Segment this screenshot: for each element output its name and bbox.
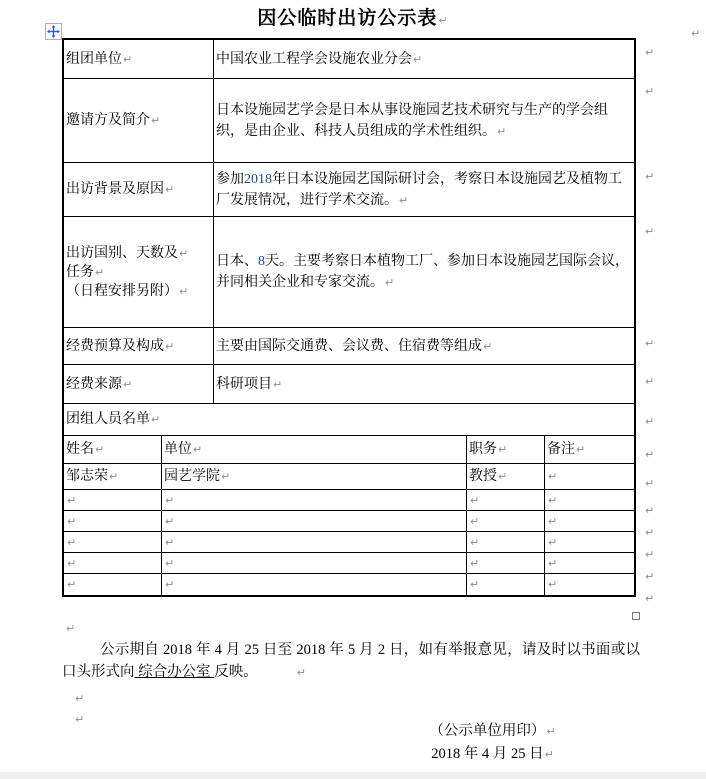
cell-end-mark: ↵ (497, 121, 506, 142)
roster-row: 邹志荣↵ 园艺学院↵ 教授↵ ↵ (64, 463, 634, 489)
roster-row: ↵ ↵ ↵ ↵ (64, 552, 634, 573)
cell-text: 单位 (164, 440, 192, 459)
row-end-mark: ↵ (645, 448, 654, 461)
table-row: 经费来源↵ 科研项目↵ (64, 364, 634, 403)
roster-cell[interactable]: ↵ (466, 490, 544, 510)
info-content-cell[interactable]: 主要由国际交通费、会议费、住宿费等组成↵ (213, 328, 634, 364)
row-end-mark: ↵ (645, 548, 654, 561)
cell-end-mark: ↵ (413, 50, 422, 69)
cell-end-mark: ↵ (483, 337, 492, 356)
row-end-mark: ↵ (645, 415, 654, 428)
cell-end-mark: ↵ (67, 554, 76, 573)
roster-cell[interactable]: ↵ (466, 553, 544, 573)
cell-end-mark: ↵ (67, 512, 76, 531)
cell-end-mark: ↵ (548, 512, 557, 531)
signature-block[interactable]: （公示单位用印）↵ 2018 年 4 月 25 日↵ (385, 720, 600, 766)
roster-header-cell[interactable]: 备注↵ (544, 436, 634, 463)
cell-text: 姓名 (66, 440, 94, 459)
roster-cell[interactable]: ↵ (161, 553, 466, 573)
cell-text: 园艺学院 (164, 467, 220, 486)
table-row: 出访背景及原因↵ 参加2018年日本设施园艺国际研讨会，考察日本设施园艺及植物工… (64, 162, 634, 216)
cell-text: 科研项目 (216, 375, 272, 394)
cell-text: 职务 (469, 440, 497, 459)
stamp-text: （公示单位用印） (429, 723, 545, 739)
cell-text: 备注 (547, 440, 575, 459)
info-label-cell[interactable]: 经费来源↵ (64, 365, 213, 403)
window-bottom-edge (0, 772, 706, 779)
closing-paragraph[interactable]: 公示期自 2018 年 4 月 25 日至 2018 年 5 月 2 日，如有举… (62, 640, 640, 683)
cell-end-mark: ↵ (470, 491, 479, 510)
move-arrows-icon (47, 25, 60, 38)
roster-cell[interactable]: ↵ (466, 532, 544, 552)
cell-end-mark: ↵ (67, 491, 76, 510)
roster-cell[interactable]: ↵ (544, 511, 634, 531)
cell-end-mark: ↵ (193, 440, 202, 459)
row-end-mark: ↵ (645, 225, 654, 238)
date-line: 2018 年 4 月 25 日↵ (385, 743, 600, 766)
row-end-mark: ↵ (645, 504, 654, 517)
cell-text: 出访国别、天数及 (66, 246, 178, 261)
paragraph-mark: ↵ (545, 743, 554, 766)
paragraph-mark: ↵ (691, 27, 700, 40)
cell-end-mark: ↵ (123, 375, 132, 394)
cell-end-mark: ↵ (273, 375, 282, 394)
roster-cell[interactable]: ↵ (64, 490, 161, 510)
cell-end-mark: ↵ (67, 533, 76, 552)
roster-cell[interactable]: ↵ (544, 574, 634, 595)
paragraph-mark: ↵ (75, 692, 84, 705)
row-end-mark: ↵ (645, 526, 654, 539)
cell-end-mark: ↵ (470, 554, 479, 573)
table-row: 出访国别、天数及↵ 任务↵ （日程安排另附）↵ 日本、8天。主要考察日本植物工厂… (64, 216, 634, 327)
stamp-line: （公示单位用印）↵ (385, 720, 600, 743)
info-label-cell[interactable]: 出访背景及原因↵ (64, 163, 213, 216)
cell-end-mark: ↵ (165, 554, 174, 573)
roster-cell[interactable]: ↵ (466, 511, 544, 531)
cell-end-mark: ↵ (548, 467, 557, 486)
roster-cell[interactable]: ↵ (544, 464, 634, 489)
roster-cell[interactable]: ↵ (64, 553, 161, 573)
cell-text: 邹志荣 (66, 467, 108, 486)
info-content-cell[interactable]: 参加2018年日本设施园艺国际研讨会，考察日本设施园艺及植物工厂发展情况，进行学… (213, 163, 634, 216)
cell-end-mark: ↵ (165, 575, 174, 594)
cell-end-mark: ↵ (151, 111, 160, 130)
cell-end-mark: ↵ (548, 575, 557, 594)
line-break-mark: ↵ (95, 263, 104, 282)
roster-header-cell[interactable]: 职务↵ (466, 436, 544, 463)
row-end-mark: ↵ (645, 85, 654, 98)
roster-cell[interactable]: ↵ (544, 490, 634, 510)
cell-end-mark: ↵ (95, 440, 104, 459)
info-label-cell[interactable]: 出访国别、天数及↵ 任务↵ （日程安排另附）↵ (64, 217, 213, 327)
roster-cell[interactable]: ↵ (544, 553, 634, 573)
roster-cell[interactable]: ↵ (64, 532, 161, 552)
cell-end-mark: ↵ (165, 180, 174, 199)
line-break-mark: ↵ (179, 244, 188, 263)
cell-text: 参加 (216, 172, 244, 187)
cell-end-mark: ↵ (399, 190, 408, 211)
cell-end-mark: ↵ (151, 410, 160, 429)
roster-cell[interactable]: 邹志荣↵ (64, 464, 161, 489)
table-row: 团组人员名单↵ (64, 403, 634, 435)
roster-cell[interactable]: ↵ (161, 574, 466, 595)
info-label-cell[interactable]: 组团单位↵ (64, 40, 213, 78)
row-end-mark: ↵ (645, 570, 654, 583)
roster-cell[interactable]: ↵ (466, 574, 544, 595)
highlighted-number: 8 (258, 254, 265, 269)
info-content-cell[interactable]: 中国农业工程学会设施农业分会↵ (213, 40, 634, 78)
info-label-cell[interactable]: 经费预算及构成↵ (64, 328, 213, 364)
roster-header-cell[interactable]: 单位↵ (161, 436, 466, 463)
page-title: 因公临时出访公示表↵ (0, 3, 706, 30)
roster-header-row: 姓名↵ 单位↵ 职务↵ 备注↵ (64, 435, 634, 463)
info-content-cell[interactable]: 科研项目↵ (213, 365, 634, 403)
closing-underlined-text: 综合办公室 (135, 664, 215, 680)
roster-row: ↵ ↵ ↵ ↵ (64, 531, 634, 552)
cell-text: （日程安排另附） (66, 284, 178, 299)
closing-text: 反映。 (214, 664, 258, 680)
table-row: 组团单位↵ 中国农业工程学会设施农业分会↵ (64, 40, 634, 78)
table-resize-handle[interactable] (632, 612, 640, 620)
row-end-mark: ↵ (645, 170, 654, 183)
paragraph-mark: ↵ (259, 662, 306, 684)
row-end-mark: ↵ (645, 337, 654, 350)
cell-end-mark: ↵ (548, 554, 557, 573)
cell-end-mark: ↵ (67, 575, 76, 594)
roster-row: ↵ ↵ ↵ ↵ (64, 573, 634, 595)
cell-end-mark: ↵ (385, 272, 394, 293)
cell-text: 年日本设施园艺国际研讨会，考察日本设施园艺及植物工厂发展情况，进行学术交流。 (216, 172, 622, 208)
cell-text: 邀请方及简介 (66, 111, 150, 130)
info-label-cell[interactable]: 邀请方及简介↵ (64, 79, 213, 162)
cell-end-mark: ↵ (498, 440, 507, 459)
cell-text: 日本设施园艺学会是日本从事设施园艺技术研究与生产的学会组织，是由企业、科技人员组… (216, 103, 608, 139)
cell-end-mark: ↵ (498, 467, 507, 486)
roster-cell[interactable]: 园艺学院↵ (161, 464, 466, 489)
cell-text: 出访背景及原因 (66, 180, 164, 199)
paragraph-mark: ↵ (75, 713, 84, 726)
cell-text: 教授 (469, 467, 497, 486)
cell-text: 经费预算及构成 (66, 337, 164, 356)
cell-end-mark: ↵ (576, 440, 585, 459)
info-content-cell[interactable]: 日本设施园艺学会是日本从事设施园艺技术研究与生产的学会组织，是由企业、科技人员组… (213, 79, 634, 162)
cell-end-mark: ↵ (548, 491, 557, 510)
cell-end-mark: ↵ (470, 512, 479, 531)
paragraph-mark: ↵ (66, 622, 75, 635)
cell-end-mark: ↵ (109, 467, 118, 486)
roster-cell[interactable]: ↵ (161, 511, 466, 531)
cell-end-mark: ↵ (548, 533, 557, 552)
table-row: 邀请方及简介↵ 日本设施园艺学会是日本从事设施园艺技术研究与生产的学会组织，是由… (64, 78, 634, 162)
roster-cell[interactable]: ↵ (161, 532, 466, 552)
roster-cell[interactable]: ↵ (64, 511, 161, 531)
cell-end-mark: ↵ (470, 533, 479, 552)
roster-cell[interactable]: ↵ (544, 532, 634, 552)
row-end-mark: ↵ (645, 592, 654, 605)
paragraph-mark: ↵ (546, 720, 555, 743)
table-row: 经费预算及构成↵ 主要由国际交通费、会议费、住宿费等组成↵ (64, 327, 634, 364)
roster-header-cell[interactable]: 姓名↵ (64, 436, 161, 463)
cell-end-mark: ↵ (165, 337, 174, 356)
cell-end-mark: ↵ (179, 282, 188, 301)
cell-text: 组团单位 (66, 50, 122, 69)
date-text: 2018 年 4 月 25 日 (431, 746, 543, 762)
document-page: 因公临时出访公示表↵ ↵ 组团单位↵ 中国农业工程学会设施农业分会↵ (0, 0, 706, 779)
visit-form-table: 组团单位↵ 中国农业工程学会设施农业分会↵ 邀请方及简介↵ 日本设施园艺学会是日… (62, 38, 636, 597)
cell-end-mark: ↵ (221, 467, 230, 486)
cell-end-mark: ↵ (470, 575, 479, 594)
cell-text: 团组人员名单 (66, 410, 150, 429)
row-end-mark: ↵ (645, 46, 654, 59)
page-title-text: 因公临时出访公示表 (257, 8, 437, 29)
roster-cell[interactable]: ↵ (161, 490, 466, 510)
roster-row: ↵ ↵ ↵ ↵ (64, 510, 634, 531)
cell-text: 经费来源 (66, 375, 122, 394)
paragraph-mark: ↵ (438, 14, 448, 27)
cell-end-mark: ↵ (165, 512, 174, 531)
roster-row: ↵ ↵ ↵ ↵ (64, 489, 634, 510)
cell-end-mark: ↵ (165, 491, 174, 510)
row-end-mark: ↵ (645, 375, 654, 388)
cell-text: 天。主要考察日本植物工厂、参加日本设施园艺国际会议，并同相关企业和专家交流。 (216, 254, 629, 290)
cell-text: 中国农业工程学会设施农业分会 (216, 50, 412, 69)
roster-cell[interactable]: 教授↵ (466, 464, 544, 489)
cell-end-mark: ↵ (123, 50, 132, 69)
highlighted-number: 2018 (244, 172, 272, 187)
row-end-mark: ↵ (645, 477, 654, 490)
cell-text: 日本、 (216, 254, 258, 269)
roster-cell[interactable]: ↵ (64, 574, 161, 595)
table-move-handle[interactable] (45, 23, 62, 40)
cell-text: 任务 (66, 265, 94, 280)
cell-end-mark: ↵ (165, 533, 174, 552)
cell-text: 主要由国际交通费、会议费、住宿费等组成 (216, 337, 482, 356)
roster-section-title-cell[interactable]: 团组人员名单↵ (64, 404, 634, 435)
info-content-cell[interactable]: 日本、8天。主要考察日本植物工厂、参加日本设施园艺国际会议，并同相关企业和专家交… (213, 217, 634, 327)
